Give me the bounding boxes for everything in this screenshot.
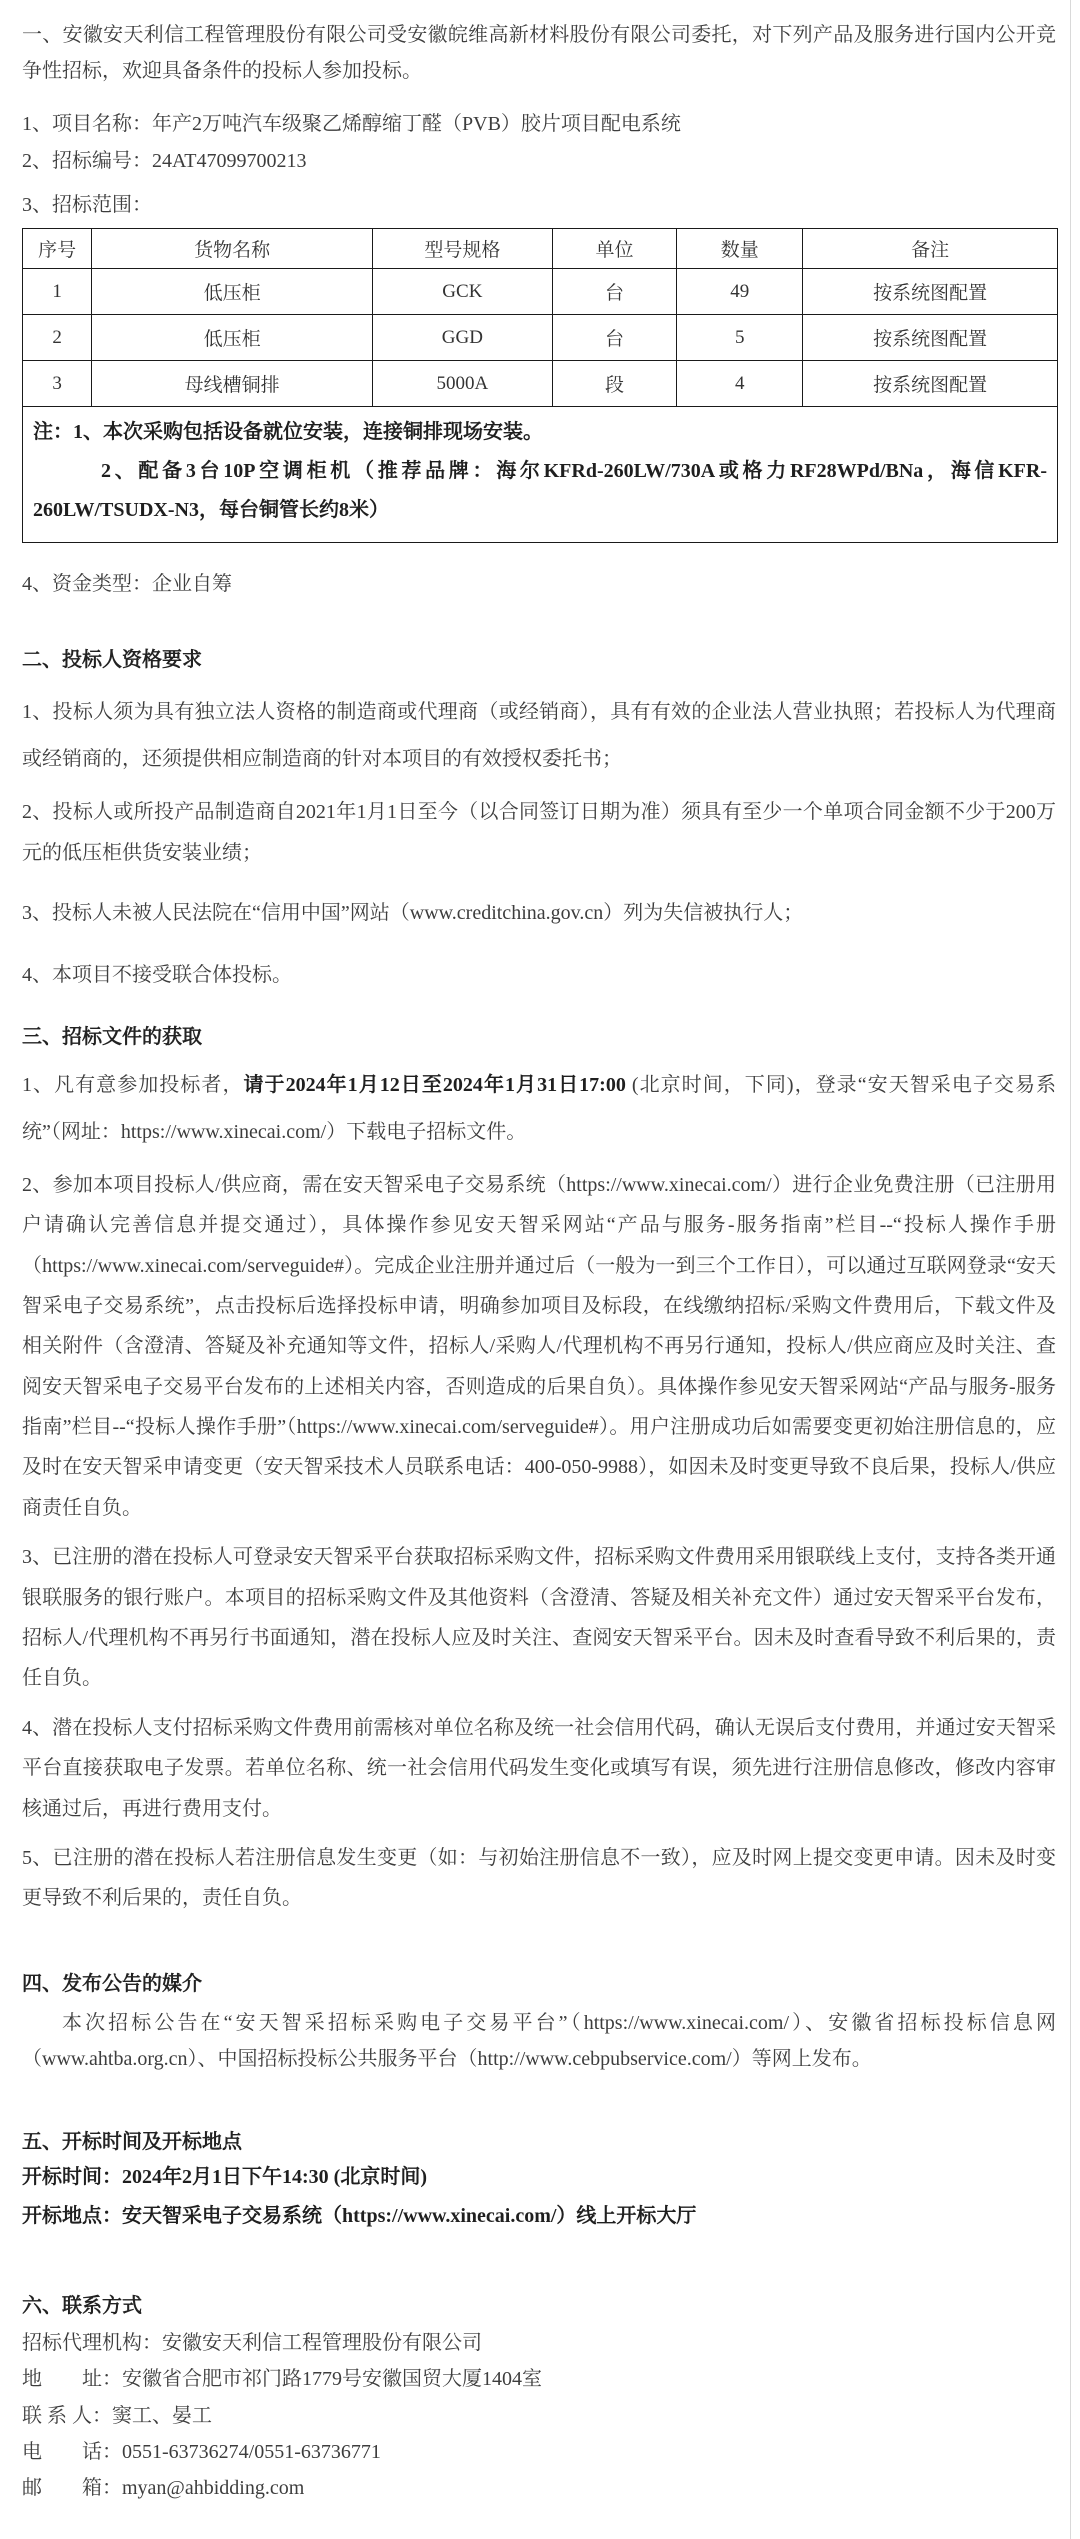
section-title-announcement-media: 四、发布公告的媒介 <box>22 1969 1056 1999</box>
cell-goods-name: 母线槽铜排 <box>92 361 372 407</box>
qualification-para: 4、本项目不接受联合体投标。 <box>22 955 1056 995</box>
cell-goods-name: 低压柜 <box>92 269 372 315</box>
scope-table: 序号 货物名称 型号规格 单位 数量 备注 1 低压柜 GCK 台 49 按系统… <box>22 228 1058 543</box>
cell-model: 5000A <box>372 361 552 407</box>
col-header-model: 型号规格 <box>372 229 552 269</box>
cell-seq: 1 <box>23 269 92 315</box>
cell-model: GGD <box>372 315 552 361</box>
contact-agency-line: 招标代理机构：安徽安天利信工程管理股份有限公司 <box>22 2327 1056 2359</box>
cell-remark: 按系统图配置 <box>803 315 1058 361</box>
table-note-2: 2、配备3台10P空调柜机（推荐品牌：海尔KFRd-260LW/730A或格力R… <box>33 452 1047 530</box>
section-title-document-acquisition: 三、招标文件的获取 <box>22 1022 1056 1052</box>
table-row: 1 低压柜 GCK 台 49 按系统图配置 <box>23 269 1058 315</box>
acquisition-deadline: 请于2024年1月12日至2024年1月31日17:00 <box>244 1074 626 1096</box>
contact-address-line: 地 址：安徽省合肥市祁门路1779号安徽国贸大厦1404室 <box>22 2363 1056 2395</box>
cell-unit: 段 <box>552 361 676 407</box>
qualification-para: 3、投标人未被人民法院在“信用中国”网站（www.creditchina.gov… <box>22 893 1056 933</box>
cell-remark: 按系统图配置 <box>803 269 1058 315</box>
acquisition-para: 5、已注册的潜在投标人若注册信息发生变更（如：与初始注册信息不一致），应及时网上… <box>22 1838 1056 1919</box>
cell-model: GCK <box>372 269 552 315</box>
scope-table-header-row: 序号 货物名称 型号规格 单位 数量 备注 <box>23 229 1058 269</box>
contact-person-line: 联 系 人：窦工、晏工 <box>22 2400 1056 2432</box>
cell-unit: 台 <box>552 315 676 361</box>
col-header-unit: 单位 <box>552 229 676 269</box>
table-note-row: 注：1、本次采购包括设备就位安装，连接铜排现场安装。 2、配备3台10P空调柜机… <box>23 407 1058 543</box>
acquisition-para: 4、潜在投标人支付招标采购文件费用前需核对单位名称及统一社会信用代码，确认无误后… <box>22 1708 1056 1829</box>
col-header-remark: 备注 <box>803 229 1058 269</box>
cell-remark: 按系统图配置 <box>803 361 1058 407</box>
funding-type-line: 4、资金类型：企业自筹 <box>22 569 1056 599</box>
table-note-cell: 注：1、本次采购包括设备就位安装，连接铜排现场安装。 2、配备3台10P空调柜机… <box>23 407 1058 543</box>
col-header-seq: 序号 <box>23 229 92 269</box>
qualification-para: 2、投标人或所投产品制造商自2021年1月1日至今（以合同签订日期为准）须具有至… <box>22 792 1056 873</box>
table-note-1: 注：1、本次采购包括设备就位安装，连接铜排现场安装。 <box>33 413 1047 452</box>
section-title-bid-opening: 五、开标时间及开标地点 <box>22 2127 1056 2157</box>
section-title-contact: 六、联系方式 <box>22 2291 1056 2321</box>
acquisition-para: 3、已注册的潜在投标人可登录安天智采平台获取招标采购文件，招标采购文件费用采用银… <box>22 1537 1056 1699</box>
acquisition-para-1: 1、凡有意参加投标者，请于2024年1月12日至2024年1月31日17:00 … <box>22 1062 1056 1156</box>
table-row: 2 低压柜 GGD 台 5 按系统图配置 <box>23 315 1058 361</box>
project-name-line: 1、项目名称：年产2万吨汽车级聚乙烯醇缩丁醛（PVB）胶片项目配电系统 <box>22 109 1056 139</box>
cell-unit: 台 <box>552 269 676 315</box>
col-header-goods-name: 货物名称 <box>92 229 372 269</box>
scope-label: 3、招标范围： <box>22 190 1056 220</box>
cell-qty: 49 <box>677 269 803 315</box>
bid-opening-place: 开标地点：安天智采电子交易系统（https://www.xinecai.com/… <box>22 2198 1056 2235</box>
cell-qty: 5 <box>677 315 803 361</box>
section-title-bidder-qualification: 二、投标人资格要求 <box>22 645 1056 675</box>
bid-opening-time: 开标时间：2024年2月1日下午14:30 (北京时间) <box>22 2159 1056 2196</box>
announcement-media-para: 本次招标公告在“安天智采招标采购电子交易平台”（https://www.xine… <box>22 2005 1056 2077</box>
cell-seq: 3 <box>23 361 92 407</box>
cell-seq: 2 <box>23 315 92 361</box>
contact-phone-line: 电 话：0551-63736274/0551-63736771 <box>22 2436 1056 2468</box>
contact-email-line: 邮 箱：myan@ahbidding.com <box>22 2472 1056 2504</box>
table-row: 3 母线槽铜排 5000A 段 4 按系统图配置 <box>23 361 1058 407</box>
tender-announcement-page: 一、安徽安天利信工程管理股份有限公司受安徽皖维高新材料股份有限公司委托，对下列产… <box>0 0 1071 2539</box>
cell-qty: 4 <box>677 361 803 407</box>
intro-paragraph: 一、安徽安天利信工程管理股份有限公司受安徽皖维高新材料股份有限公司委托，对下列产… <box>22 18 1056 89</box>
qualification-para: 1、投标人须为具有独立法人资格的制造商或代理商（或经销商），具有有效的企业法人营… <box>22 689 1056 783</box>
acquisition-para: 2、参加本项目投标人/供应商，需在安天智采电子交易系统（https://www.… <box>22 1165 1056 1529</box>
cell-goods-name: 低压柜 <box>92 315 372 361</box>
col-header-qty: 数量 <box>677 229 803 269</box>
acquisition-para-1-prefix: 1、凡有意参加投标者， <box>22 1074 244 1096</box>
tender-number-line: 2、招标编号：24AT47099700213 <box>22 146 1056 176</box>
